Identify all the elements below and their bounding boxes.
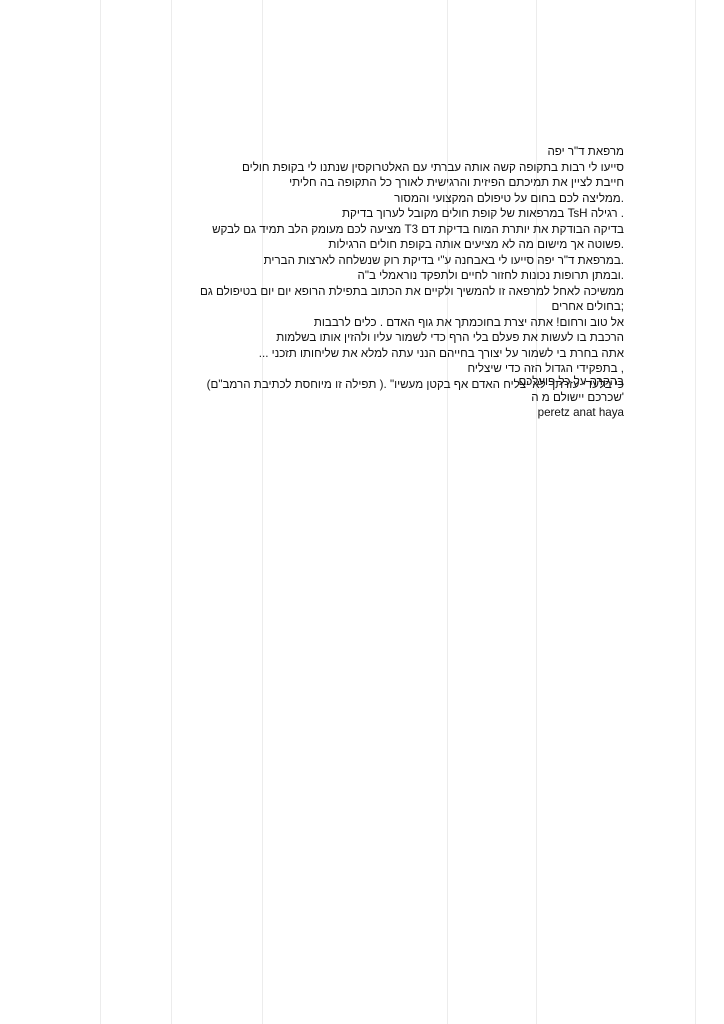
letter-line: .ובמתן תרופות נכונות לחזור לחיים ולתפקד … (234, 268, 624, 284)
letter-line: הרכבת בו לעשות את פעלם בלי הרף כדי לשמור… (234, 330, 624, 346)
signature-name: peretz anat haya (424, 405, 624, 421)
letter-line: ממשיכה לאחל למרפאה זו להמשיך ולקיים את ה… (234, 284, 624, 300)
scan-line (100, 0, 101, 1024)
letter-title: מרפאת ד"ר יפה (234, 144, 624, 160)
blessing-line: 'שכרכם יישולם מ ה (424, 390, 624, 406)
letter-line: חייבת לציין את תמיכתם הפיזית והרגישית לא… (234, 175, 624, 191)
scan-line (171, 0, 172, 1024)
letter-line: סייעו לי רבות בתקופה קשה אותה עברתי עם ה… (234, 160, 624, 176)
closing-line: בהקרה על כל פועלכם (424, 374, 624, 390)
scan-line (695, 0, 696, 1024)
letter-line: .ממליצה לכם בחום על טיפולם המקצועי והמסו… (234, 191, 624, 207)
letter-line: . רגילה TsH במרפאות של קופת חולים מקובל … (234, 206, 624, 222)
letter-body: מרפאת ד"ר יפה סייעו לי רבות בתקופה קשה א… (234, 144, 624, 392)
letter-line: בדיקה הבודקת את יותרת המוח בדיקת דם T3 מ… (234, 222, 624, 238)
letter-line: ;בחולים אחרים (234, 299, 624, 315)
letter-line: .פשוטה אך מישום מה לא מציעים אותה בקופת … (234, 237, 624, 253)
letter-line: אל טוב ורחום! אתה יצרת בחוכמתך את גוף הא… (234, 315, 624, 331)
letter-signature-block: בהקרה על כל פועלכם 'שכרכם יישולם מ ה per… (424, 374, 624, 421)
letter-paragraph: סייעו לי רבות בתקופה קשה אותה עברתי עם ה… (234, 160, 624, 393)
letter-line: .במרפאת ד"ר יפה סייעו לי באבחנה ע"י בדיק… (234, 253, 624, 269)
letter-line: אתה בחרת בי לשמור על יצורך בחייהם הנני ע… (234, 346, 624, 362)
